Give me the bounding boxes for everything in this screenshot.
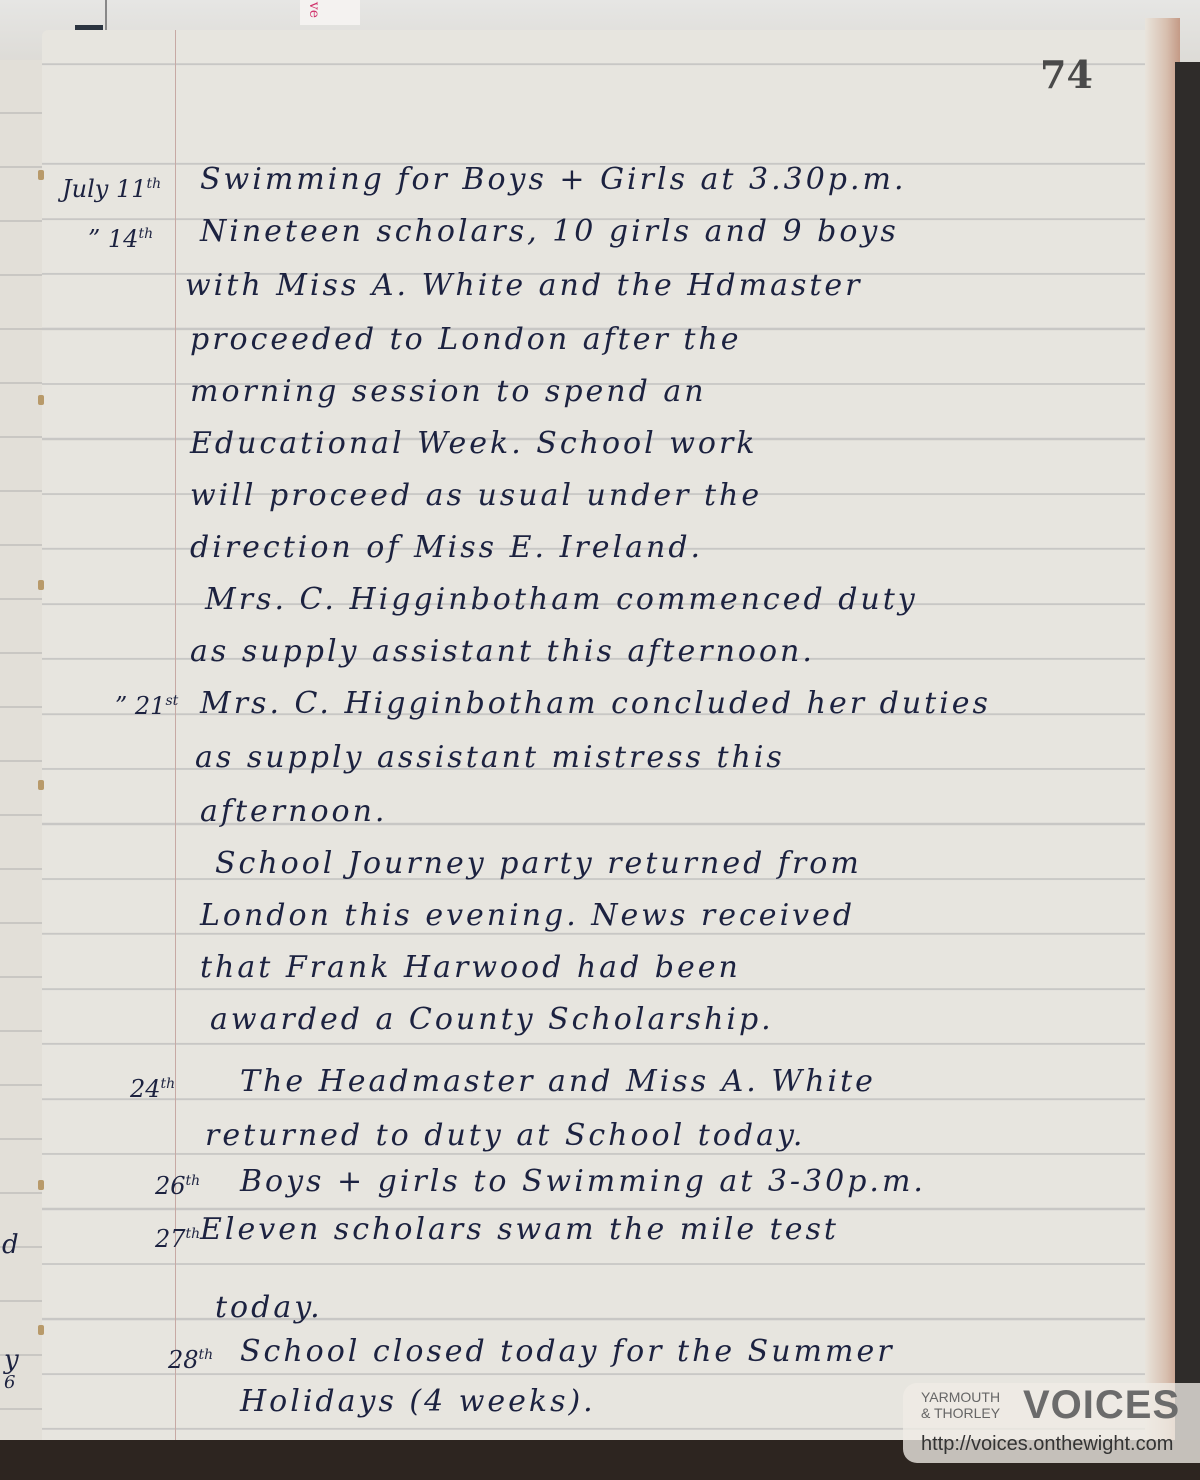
entry-line: as supply assistant this afternoon. bbox=[190, 634, 815, 669]
entry-date: July 11th bbox=[62, 175, 161, 203]
entry-line: afternoon. bbox=[200, 794, 387, 829]
entry-line: The Headmaster and Miss A. White bbox=[240, 1064, 876, 1099]
entry-line: Nineteen scholars, 10 girls and 9 boys bbox=[200, 214, 899, 249]
book-cover bbox=[1175, 62, 1200, 1452]
entry-line: School closed today for the Summer bbox=[240, 1334, 895, 1369]
entry-line: will proceed as usual under the bbox=[190, 478, 762, 513]
binding-stitch bbox=[38, 395, 44, 405]
entry-line: awarded a County Scholarship. bbox=[210, 1002, 774, 1037]
background-card: ve bbox=[300, 0, 360, 25]
left-page-fragment: d bbox=[2, 1230, 19, 1260]
entry-line: today. bbox=[215, 1290, 323, 1325]
watermark-location: YARMOUTH & THORLEY bbox=[921, 1389, 1000, 1421]
entry-date: ” 14th bbox=[88, 225, 153, 253]
entry-date: 24th bbox=[130, 1075, 175, 1103]
entry-date: 26th bbox=[155, 1172, 200, 1200]
entry-line: Boys + girls to Swimming at 3-30p.m. bbox=[240, 1164, 926, 1199]
watermark-url: http://voices.onthewight.com bbox=[921, 1433, 1173, 1456]
entry-date: ” 21st bbox=[115, 692, 178, 720]
entry-line: that Frank Harwood had been bbox=[200, 950, 741, 985]
entry-line: proceeded to London after the bbox=[190, 322, 742, 357]
entry-line: Educational Week. School work bbox=[190, 426, 758, 461]
entry-date: 28th bbox=[168, 1346, 213, 1374]
entry-line: Mrs. C. Higginbotham concluded her dutie… bbox=[200, 686, 991, 721]
binding-stitch bbox=[38, 170, 44, 180]
left-page-fragment: y bbox=[4, 1345, 19, 1375]
watermark: YARMOUTH & THORLEY VOICES http://voices.… bbox=[903, 1383, 1200, 1463]
binding-stitch bbox=[38, 580, 44, 590]
binding-stitch bbox=[38, 780, 44, 790]
entry-date: 27th bbox=[155, 1225, 200, 1253]
background-card-text: ve bbox=[306, 2, 322, 18]
entry-line: Swimming for Boys + Girls at 3.30p.m. bbox=[200, 162, 907, 197]
entry-line: Holidays (4 weeks). bbox=[240, 1384, 596, 1419]
binding-stitch bbox=[38, 1180, 44, 1190]
entry-line: as supply assistant mistress this bbox=[195, 740, 785, 775]
left-page-fragment: 6 bbox=[4, 1372, 15, 1393]
entry-line: with Miss A. White and the Hdmaster bbox=[185, 268, 863, 303]
entry-line: School Journey party returned from bbox=[215, 846, 862, 881]
watermark-brand: VOICES bbox=[1023, 1383, 1180, 1428]
entry-line: London this evening. News received bbox=[200, 898, 855, 933]
page-number: 74 bbox=[1040, 52, 1093, 97]
entry-line: direction of Miss E. Ireland. bbox=[190, 530, 703, 565]
binding-stitch bbox=[38, 1325, 44, 1335]
entry-line: Mrs. C. Higginbotham commenced duty bbox=[205, 582, 918, 617]
entry-line: Eleven scholars swam the mile test bbox=[200, 1212, 839, 1247]
entry-line: returned to duty at School today. bbox=[205, 1118, 805, 1153]
entry-line: morning session to spend an bbox=[190, 374, 707, 409]
